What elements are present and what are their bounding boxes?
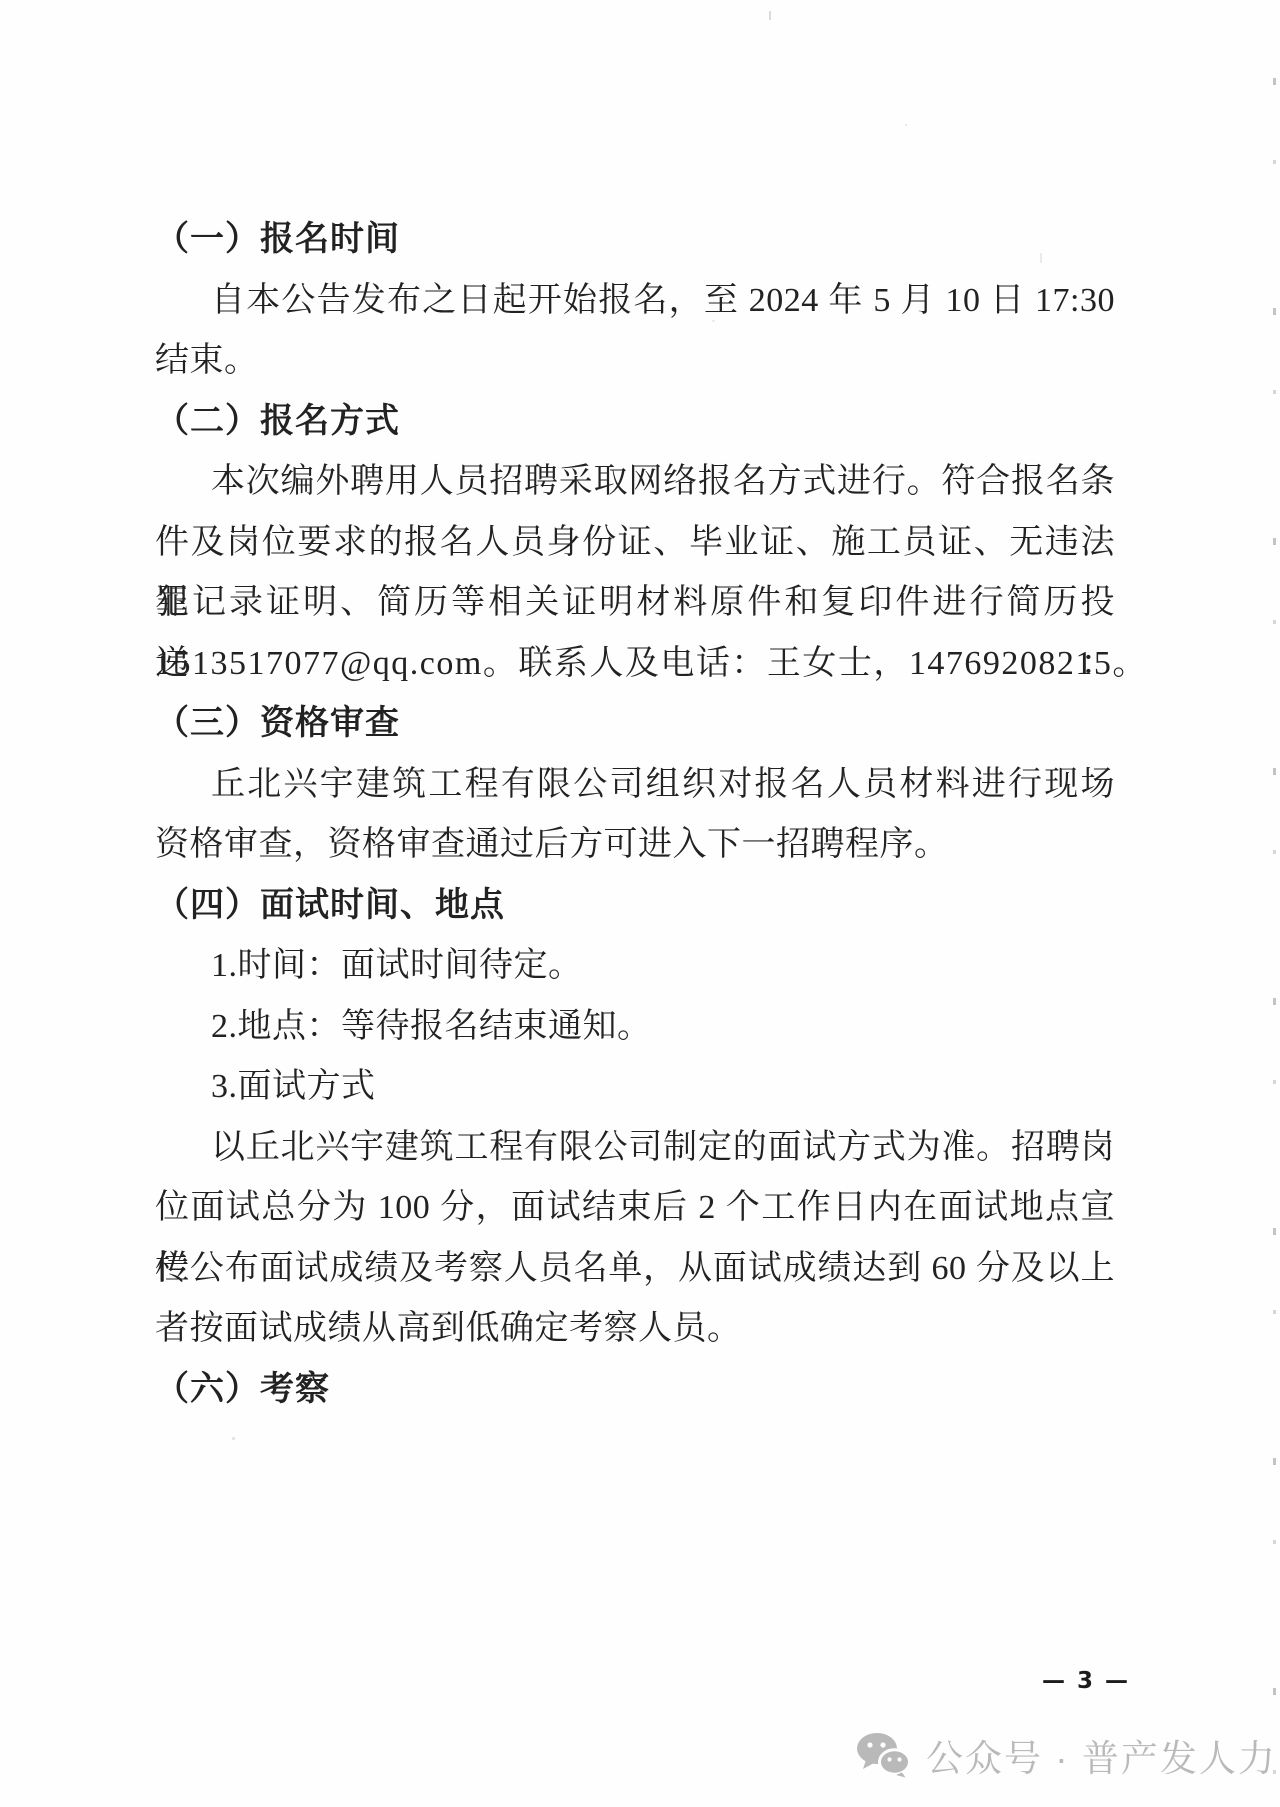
doc-line: 1513517077@qq.com。联系人及电话：王女士，14769208215… (155, 634, 1115, 695)
scan-edge-artifacts (1273, 0, 1276, 1807)
wechat-icon (856, 1732, 912, 1778)
section-heading: （二）报名方式 (155, 392, 1115, 453)
scan-artifact (232, 1437, 235, 1440)
watermark-label: 公众号 · 普产发人力 (926, 1728, 1277, 1782)
page-number: — 3 — (1042, 1668, 1130, 1694)
document-page: （一）报名时间 自本公告发布之日起开始报名，至 2024 年 5 月 10 日 … (0, 0, 1280, 1807)
doc-line: 资格审查，资格审查通过后方可进入下一招聘程序。 (155, 815, 1115, 876)
section-heading: （四）面试时间、地点 (155, 876, 1115, 937)
section-heading: （一）报名时间 (155, 210, 1115, 271)
doc-line: 以丘北兴宇建筑工程有限公司制定的面试方式为准。招聘岗 (155, 1118, 1115, 1179)
scan-artifact (1040, 253, 1042, 263)
scan-artifact (905, 124, 907, 126)
doc-line: 丘北兴宇建筑工程有限公司组织对报名人员材料进行现场 (155, 755, 1115, 816)
doc-line: 自本公告发布之日起开始报名，至 2024 年 5 月 10 日 17:30 (155, 271, 1115, 332)
doc-line: 罪记录证明、简历等相关证明材料原件和复印件进行简历投递： (155, 573, 1115, 634)
scan-artifact (769, 11, 771, 20)
section-heading: （三）资格审查 (155, 694, 1115, 755)
doc-line: 栏公布面试成绩及考察人员名单，从面试成绩达到 60 分及以上 (155, 1239, 1115, 1300)
wechat-watermark: 公众号 · 普产发人力 (856, 1728, 1277, 1782)
doc-line: 者按面试成绩从高到低确定考察人员。 (155, 1299, 1115, 1360)
doc-line: 结束。 (155, 331, 1115, 392)
scan-artifact (712, 320, 715, 322)
doc-line: 2.地点：等待报名结束通知。 (155, 997, 1115, 1058)
doc-line: 件及岗位要求的报名人员身份证、毕业证、施工员证、无违法犯 (155, 513, 1115, 574)
doc-line: 3.面试方式 (155, 1057, 1115, 1118)
section-heading: （六）考察 (155, 1360, 1115, 1421)
doc-line: 1.时间：面试时间待定。 (155, 936, 1115, 997)
doc-line: 本次编外聘用人员招聘采取网络报名方式进行。符合报名条 (155, 452, 1115, 513)
doc-line: 位面试总分为 100 分，面试结束后 2 个工作日内在面试地点宣传 (155, 1178, 1115, 1239)
document-body: （一）报名时间 自本公告发布之日起开始报名，至 2024 年 5 月 10 日 … (155, 210, 1115, 1420)
